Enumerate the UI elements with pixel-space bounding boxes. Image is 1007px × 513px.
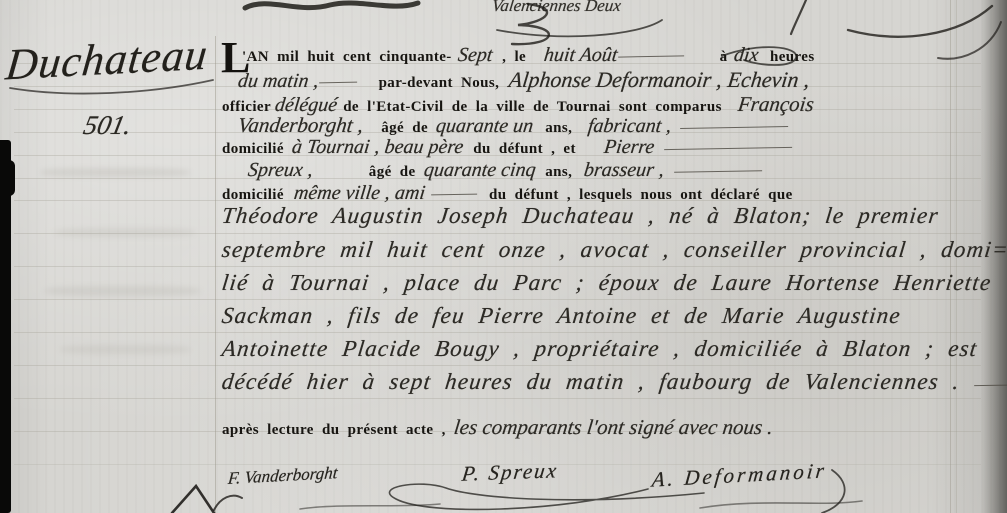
handwritten-text: Sackman , fils de feu Pierre Antoine et …	[220, 303, 902, 329]
handwritten-text: septembre mil huit cent onze , avocat , …	[220, 237, 1007, 263]
handwritten-entry: dix	[732, 44, 759, 67]
bleedthrough-smudge	[45, 286, 200, 296]
declaration-line: Antoinette Placide Bougy , propriétaire …	[222, 336, 978, 362]
next-act-cutoff-stroke-2	[214, 496, 242, 510]
ink-blot	[0, 160, 15, 196]
printed-text: après lecture du présent acte ,	[222, 422, 446, 439]
handwritten-entry: Alphonse Deformanoir , Echevin ,	[508, 67, 812, 93]
bottom-edge-fragment-2	[700, 501, 862, 508]
handwritten-text: lié à Tournai , place du Parc ; époux de…	[220, 270, 993, 296]
bleedthrough-smudge	[55, 228, 195, 237]
printed-text: du défunt , lesquels nous ont déclaré qu…	[489, 187, 793, 204]
handwritten-entry: fabricant ,	[587, 115, 673, 138]
bottom-edge-fragment	[300, 504, 440, 509]
handwritten-entry: Spreux ,	[247, 159, 315, 182]
cutoff-stroke-top-right	[791, 0, 806, 34]
printed-text: âgé de	[369, 164, 416, 181]
pen-dash	[617, 39, 683, 57]
death-record-scan: Valenciennes Deux Duchateau 501. L 'AN m…	[0, 0, 1007, 513]
form-line-1: 'AN mil huit cent cinquante- Sept , le h…	[242, 44, 815, 67]
cutoff-curve-top-right	[848, 6, 992, 37]
handwritten-entry: Vanderborght ,	[236, 113, 364, 138]
form-line-2: du matin , par-devant Nous, Alphonse Def…	[238, 67, 810, 93]
handwritten-entry: quarante un	[435, 115, 535, 138]
closing-line: après lecture du présent acte , les comp…	[222, 415, 773, 440]
declaration-line: septembre mil huit cent onze , avocat , …	[222, 237, 1007, 263]
pen-dash	[318, 66, 356, 84]
printed-text: par-devant Nous,	[379, 75, 500, 92]
ruled-line	[14, 398, 981, 399]
ruled-line	[14, 299, 981, 300]
handwritten-entry: même ville , ami	[293, 182, 427, 205]
signature-vanderborght: F. Vanderborght	[227, 463, 338, 489]
margin-rule	[215, 36, 216, 513]
printed-text: , le	[502, 49, 526, 66]
form-line-7: domicilié même ville , ami du défunt , l…	[222, 182, 793, 205]
declaration-line: Sackman , fils de feu Pierre Antoine et …	[222, 303, 901, 329]
handwritten-text: Antoinette Placide Bougy , propriétaire …	[220, 336, 979, 362]
printed-text: du défunt , et	[473, 141, 576, 158]
printed-text: domicilié	[222, 141, 284, 158]
pen-dash	[431, 178, 477, 196]
bleedthrough-smudge	[60, 345, 190, 354]
ruled-line	[14, 266, 981, 267]
handwritten-entry: du matin ,	[237, 70, 320, 93]
printed-text: ans,	[545, 120, 572, 137]
pen-dash	[974, 367, 1007, 386]
ruled-line	[14, 365, 981, 366]
signature-spreux: P. Spreux	[460, 458, 559, 486]
printed-text: 'AN mil huit cent cinquante-	[242, 49, 452, 66]
printed-text: domicilié	[222, 187, 284, 204]
pen-dash	[680, 110, 788, 129]
declaration-line: décédé hier à sept heures du matin , fau…	[222, 369, 1007, 395]
handwritten-text: les comparants l'ont signé avec nous .	[452, 415, 774, 440]
printed-text: à	[720, 49, 728, 66]
previous-act-fragment: Valenciennes Deux	[491, 0, 622, 16]
printed-text: ans,	[545, 164, 572, 181]
act-number: 501.	[81, 110, 135, 141]
handwritten-text: Théodore Augustin Joseph Duchateau , né …	[220, 203, 940, 229]
handwritten-entry: à Tournai , beau père	[291, 136, 465, 159]
handwritten-entry: Sept	[456, 44, 493, 67]
printed-text: heures	[770, 49, 815, 66]
handwritten-entry: huit Août	[543, 44, 619, 67]
form-line-6: Spreux , âgé de quarante cinq ans, brass…	[248, 159, 762, 182]
handwritten-text: décédé hier à sept heures du matin , fau…	[220, 369, 961, 395]
pen-dash	[674, 154, 762, 173]
ruled-line	[14, 332, 981, 333]
cutoff-scrawl-top-left	[245, 3, 418, 8]
bleedthrough-smudge	[40, 168, 190, 177]
declaration-line: lié à Tournai , place du Parc ; époux de…	[222, 270, 991, 296]
next-act-cutoff-stroke	[172, 486, 214, 513]
printed-text: âgé de	[381, 120, 428, 137]
declaration-line: Théodore Augustin Joseph Duchateau , né …	[222, 203, 939, 229]
handwritten-entry: brasseur ,	[583, 159, 666, 182]
valenciennes-underline-swash	[497, 20, 662, 36]
margin-surname: Duchateau	[3, 29, 210, 91]
pen-dash	[664, 131, 792, 150]
handwritten-entry: Pierre	[602, 136, 655, 159]
